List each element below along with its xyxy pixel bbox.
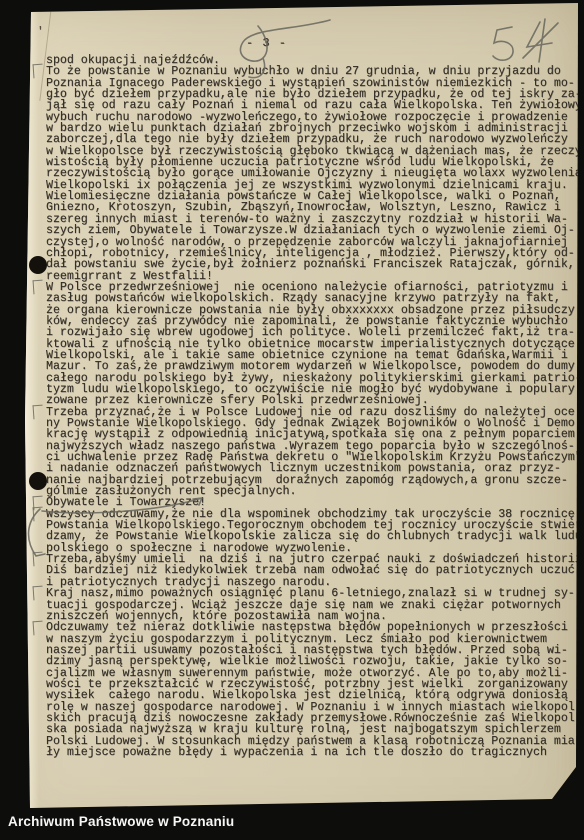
pencil-paragraph-mark — [33, 507, 44, 522]
pencil-paragraph-mark — [33, 586, 44, 601]
archive-watermark: Archiwum Państwowe w Poznaniu — [8, 814, 234, 829]
typewritten-text: spod okupacji najeźdźców.To że powstanie… — [46, 55, 578, 758]
document-page: - 3 - ' spod okupacji najeźdźców.To że p… — [0, 0, 584, 840]
scanned-document-view: - 3 - ' spod okupacji najeźdźców.To że p… — [0, 0, 584, 840]
typewritten-line: zowane przez kierownicze sfery Polski pr… — [46, 395, 578, 406]
typed-page-number: - 3 - — [246, 36, 287, 50]
typewritten-line: Kraj nasz,mimo poważnych osiągnięć planu… — [46, 588, 578, 599]
ink-speck: ' — [37, 26, 44, 38]
pencil-paragraph-mark — [33, 64, 44, 79]
hole-punch — [29, 256, 47, 274]
typewritten-line: Odczuwamy też nieraz dotkliwie następstw… — [46, 622, 578, 633]
typewritten-line: krację wystąpił z odpowiednią inicjatywą… — [46, 429, 578, 440]
typewritten-line: To że powstanie w Poznaniu wybuchło w dn… — [46, 66, 578, 77]
pencil-paragraph-mark — [33, 405, 44, 420]
typewritten-line: ska posiada najwyższą w kraju kulturę ro… — [46, 724, 578, 735]
typewritten-line: szych ziem, Obywatele i Towarzysze.W dzi… — [46, 225, 578, 236]
hole-punch — [29, 472, 47, 490]
typewritten-line: wysiłek całego narodu. Wielkopolska jest… — [46, 690, 578, 701]
pencil-paragraph-mark — [33, 280, 44, 295]
typewritten-line: ły miejsce poważne błędy i wypaczenia i … — [46, 747, 578, 758]
typewritten-line: dał powstaniu swe życie,był żołnierz poz… — [46, 259, 578, 270]
typewritten-line: Mazur. To zaś,że prawdziwym motorem wyda… — [46, 361, 578, 372]
typewritten-line: i rozwijało się wbrew ugodowej ich polit… — [46, 327, 578, 338]
pencil-paragraph-mark — [33, 620, 44, 635]
pencil-paragraph-mark — [33, 552, 44, 567]
typewritten-line: zasług powstańców wielkopolskich. Rządy … — [46, 293, 578, 304]
typewritten-line: dzimy jasną perspektywę, wielkie możliwo… — [46, 656, 578, 667]
